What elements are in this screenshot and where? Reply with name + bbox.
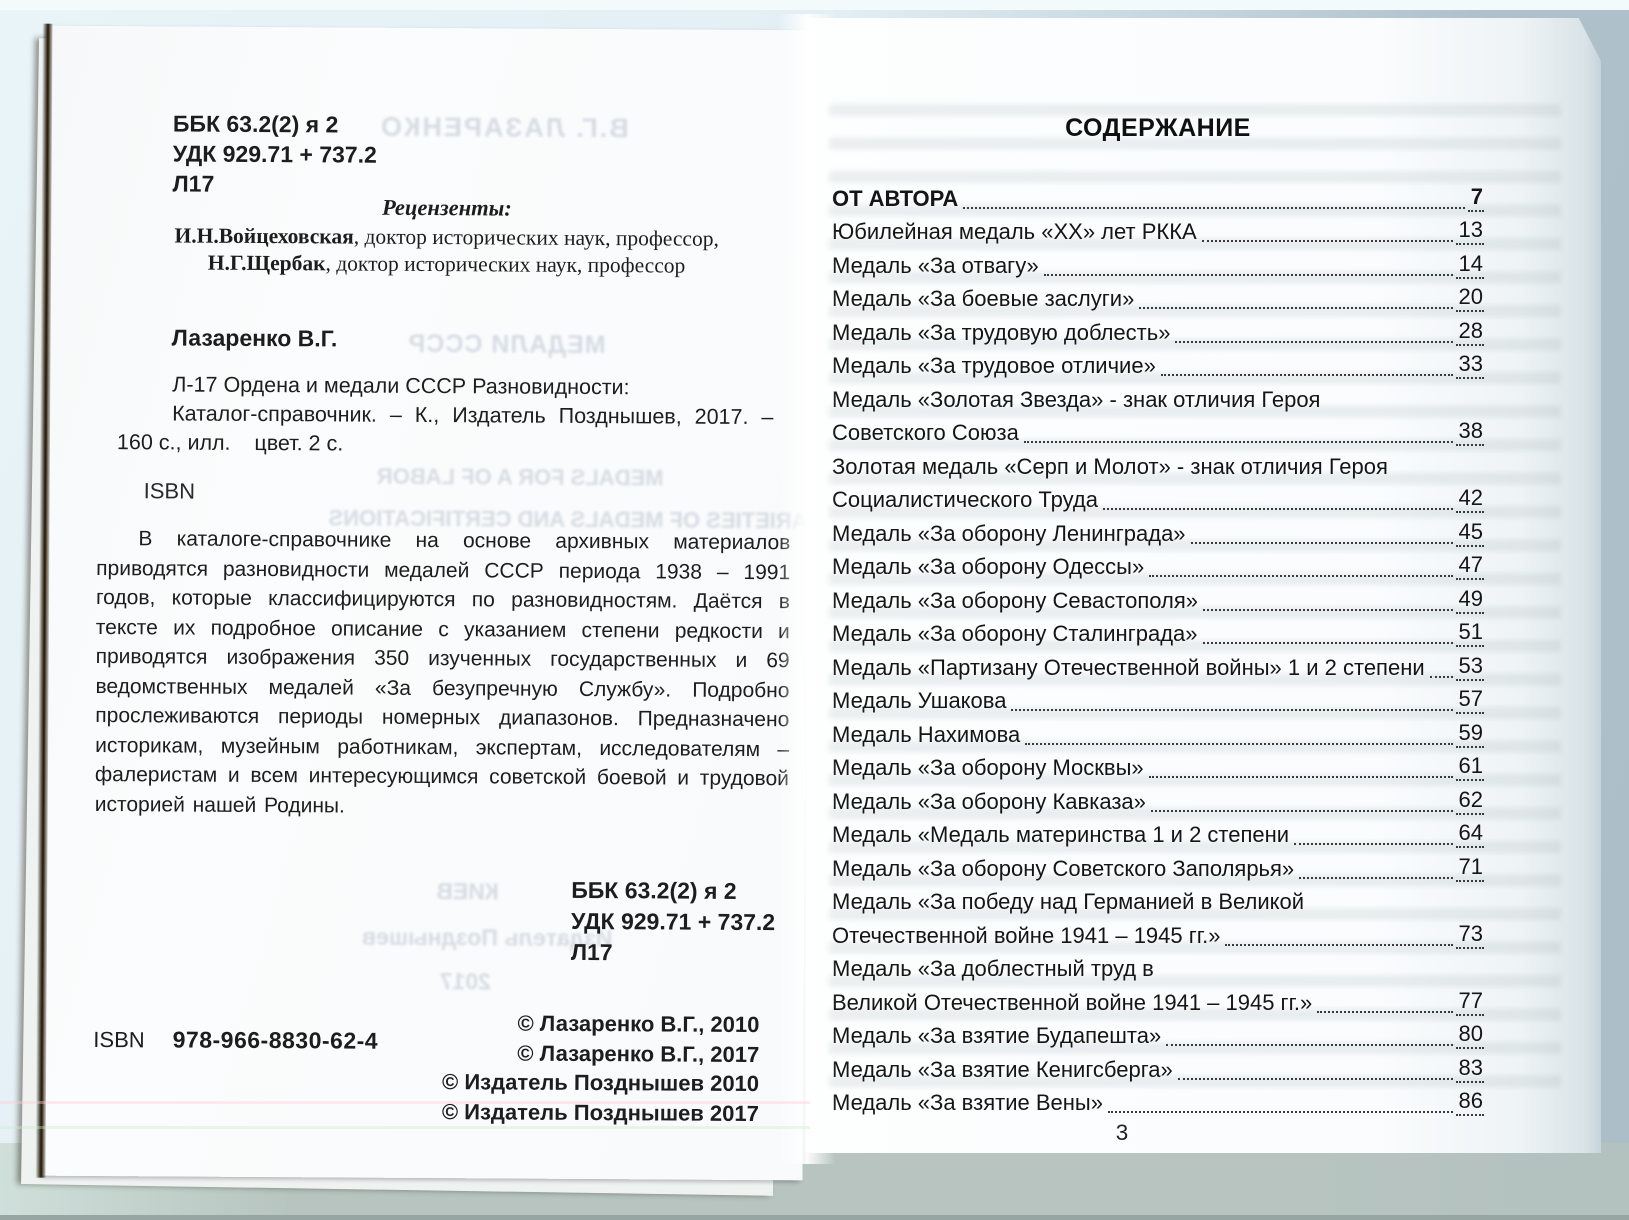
toc-entry-label: Медаль «За оборону Москвы» [832,755,1144,785]
toc-entry-label: Великой Отечественной войне 1941 – 1945 … [832,990,1312,1020]
toc-entry-line: Юбилейная медаль «ХХ» лет РККА13 [832,216,1484,250]
toc-entry-label: Советского Союза [832,420,1019,450]
toc-page-number: 47 [1456,554,1484,580]
toc-list: ОТ АВТОРА7Юбилейная медаль «ХХ» лет РККА… [832,182,1484,1120]
toc-dotted-leader [1151,810,1453,812]
toc-entry-label: Медаль «За отвагу» [832,253,1039,283]
toc-entry-line: Медаль «За оборону Советского Заполярья»… [832,852,1484,886]
toc-entry-label: Медаль Ушакова [832,688,1006,718]
toc-entry-line: Медаль «За взятие Кенигсберга»83 [832,1053,1484,1087]
toc-entry-label: Медаль «За взятие Вены» [832,1090,1103,1120]
show-through-text: MEDALS FOR A OF LABOR [377,464,664,492]
toc-dotted-leader [1149,776,1453,778]
toc-entry-label: Медаль «За оборону Советского Заполярья» [832,856,1294,886]
toc-dotted-leader [1202,240,1453,242]
toc-page-number: 20 [1456,286,1484,312]
toc-entry-line: Медаль «За трудовую доблесть»28 [832,316,1484,350]
toc-entry-line: Медаль «За оборону Севастополя»49 [832,584,1484,618]
toc-entry-line: Медаль «За оборону Кавказа»62 [832,785,1484,819]
toc-page-number: 13 [1456,219,1484,245]
scan-artifact-line [0,1126,810,1129]
toc-dotted-leader [1044,274,1453,276]
toc-page-number: 28 [1456,320,1484,346]
reviewer-title: , доктор исторических наук, профессор, [354,225,719,251]
show-through-text: В.Г. ЛАЗАРЕНКО [379,112,629,145]
toc-entry-label: Медаль «За доблестный труд в [832,956,1154,986]
toc-entry-line: Медаль «За победу над Германией в Велико… [832,886,1484,920]
toc-dotted-leader [1203,609,1453,611]
toc-entry-label: Медаль «За оборону Одессы» [832,554,1144,584]
toc-entry-label: Отечественной войне 1941 – 1945 гг.» [832,923,1220,953]
reviewer-line: Н.Г.Щербак, доктор исторических наук, пр… [145,249,748,280]
toc-entry-label: Медаль «Медаль материнства 1 и 2 степени [832,822,1289,852]
udk-code: УДК 929.71 + 737.2 [173,138,377,169]
reviewer-name: И.Н.Войцеховская [174,223,353,248]
biblio-line: Л-17 Ордена и медали СССР Разновидности: [144,370,791,403]
toc-entry-line: Медаль «За оборону Одессы»47 [832,551,1484,585]
toc-dotted-leader [1178,1078,1453,1080]
toc-page-number: 38 [1456,420,1484,446]
bbk-code: ББК 63.2(2) я 2 [173,108,377,139]
toc-entry-line: ОТ АВТОРА7 [832,182,1484,216]
toc-dotted-leader [1299,877,1452,879]
toc-entry-line: Медаль «За отвагу»14 [832,249,1484,283]
toc-page-number: 62 [1456,789,1484,815]
toc-entry-label: Медаль «За трудовую доблесть» [832,320,1170,350]
scanner-top-strip [0,0,1629,10]
toc-page-number: 80 [1456,1023,1484,1049]
toc-entry-line: Медаль «За оборону Москвы»61 [832,752,1484,786]
author-code: Л17 [571,937,775,969]
reviewers-block: Рецензенты: И.Н.Войцеховская, доктор ист… [145,192,749,280]
toc-dotted-leader [1108,1111,1453,1113]
reviewers-heading: Рецензенты: [145,192,748,223]
author-name: Лазаренко В.Г. [172,324,338,352]
toc-entry-line: Медаль «За взятие Будапешта»80 [832,1020,1484,1054]
toc-page-number: 57 [1456,688,1484,714]
bibliographic-description: Л-17 Ордена и медали СССР Разновидности:… [144,370,792,461]
left-page-imprint: В.Г. ЛАЗАРЕНКО МЕДАЛИ СССР MEDALS FOR A … [42,26,809,1181]
udk-code: УДК 929.71 + 737.2 [571,906,775,938]
toc-page-number: 7 [1468,186,1484,212]
toc-dotted-leader [1011,709,1452,711]
copyright-block: © Лазаренко В.Г., 2010 © Лазаренко В.Г.,… [442,1008,760,1128]
toc-entry-line: Медаль «Медаль материнства 1 и 2 степени… [832,819,1484,853]
toc-entry-label: Медаль «Партизану Отечественной войны» 1… [832,655,1425,685]
toc-entry-line: Социалистического Труда42 [832,484,1484,518]
reviewer-name: Н.Г.Щербак [208,251,326,276]
isbn-number: 978-966-8830-62-4 [173,1026,379,1053]
toc-dotted-leader [1191,542,1453,544]
toc-entry-label: Медаль Нахимова [832,722,1020,752]
toc-page-number: 14 [1456,253,1484,279]
toc-dotted-leader [1166,1044,1452,1046]
toc-entry-line: Советского Союза38 [832,417,1484,451]
toc-entry-label: Медаль «За победу над Германией в Велико… [832,889,1304,919]
toc-page-number: 73 [1456,923,1484,949]
right-page-contents: СОДЕРЖАНИЕ ОТ АВТОРА7Юбилейная медаль «Х… [806,18,1601,1153]
isbn-label: ISBN [93,1027,145,1052]
biblio-line: 160 с., илл. цвет. 2 с. [117,428,791,461]
biblio-line: Каталог-справочник. – К., Издатель Поздн… [144,399,791,432]
book-scan: В.Г. ЛАЗАРЕНКО МЕДАЛИ СССР MEDALS FOR A … [0,0,1629,1220]
copyright-line: © Лазаренко В.Г., 2010 [442,1008,759,1039]
toc-entry-line: Великой Отечественной войне 1941 – 1945 … [832,986,1484,1020]
toc-entry-label: Медаль «Золотая Звезда» - знак отличия Г… [832,387,1320,417]
toc-entry-line: Медаль «За доблестный труд в [832,953,1484,987]
toc-page-number: 33 [1456,353,1484,379]
contents-title: СОДЕРЖАНИЕ [832,114,1484,143]
toc-entry-label: Медаль «За боевые заслуги» [832,286,1134,316]
annotation-paragraph: В каталоге-справочнике на основе архивны… [95,524,791,823]
toc-dotted-leader [1149,575,1452,577]
toc-dotted-leader [1024,441,1453,443]
scan-artifact-line [0,1101,810,1104]
toc-entry-line: Медаль Нахимова59 [832,718,1484,752]
toc-entry-line: Медаль «За оборону Ленинграда»45 [832,517,1484,551]
toc-dotted-leader [1175,341,1452,343]
page-number: 3 [832,1120,1412,1146]
toc-dotted-leader [1225,944,1452,946]
toc-page-number: 83 [1456,1057,1484,1083]
toc-entry-label: ОТ АВТОРА [832,186,958,216]
toc-page-number: 42 [1456,487,1484,513]
toc-entry-label: Медаль «За трудовое отличие» [832,353,1156,383]
toc-entry-label: Медаль «За оборону Ленинграда» [832,521,1186,551]
toc-dotted-leader [1430,676,1453,678]
copyright-line: © Издатель Позднышев 2010 [442,1067,759,1098]
bbk-udk-block-bottom: ББК 63.2(2) я 2 УДК 929.71 + 737.2 Л17 [571,875,776,969]
toc-dotted-leader [1139,307,1452,309]
toc-entry-line: Медаль «Золотая Звезда» - знак отличия Г… [832,383,1484,417]
toc-page-number: 86 [1456,1090,1484,1116]
toc-entry-line: Медаль «Партизану Отечественной войны» 1… [832,651,1484,685]
isbn-label-top: ISBN [144,478,196,504]
toc-page-number: 59 [1456,722,1484,748]
toc-entry-line: Медаль «За оборону Сталинграда»51 [832,618,1484,652]
toc-entry-label: Медаль «За взятие Будапешта» [832,1023,1161,1053]
toc-dotted-leader [1161,374,1453,376]
toc-entry-label: Юбилейная медаль «ХХ» лет РККА [832,219,1197,249]
toc-entry-line: Медаль «За боевые заслуги»20 [832,283,1484,317]
toc-entry-label: Медаль «За оборону Кавказа» [832,789,1146,819]
toc-page-number: 45 [1456,521,1484,547]
toc-page-number: 61 [1456,755,1484,781]
toc-entry-label: Медаль «За взятие Кенигсберга» [832,1057,1173,1087]
toc-page-number: 53 [1456,655,1484,681]
book-spine-highlight [778,14,836,1164]
toc-page-number: 71 [1456,856,1484,882]
toc-entry-line: Отечественной войне 1941 – 1945 гг.»73 [832,919,1484,953]
toc-page-number: 64 [1456,822,1484,848]
toc-page-number: 77 [1456,990,1484,1016]
copyright-line: © Лазаренко В.Г., 2017 [442,1038,759,1069]
toc-entry-label: Медаль «За оборону Севастополя» [832,588,1198,618]
isbn-line: ISBN978-966-8830-62-4 [93,1026,378,1055]
toc-entry-label: Медаль «За оборону Сталинграда» [832,621,1198,651]
toc-entry-line: Медаль «За трудовое отличие»33 [832,350,1484,384]
bbk-udk-block-top: ББК 63.2(2) я 2 УДК 929.71 + 737.2 Л17 [172,108,377,199]
bbk-code: ББК 63.2(2) я 2 [571,875,775,907]
toc-entry-label: Золотая медаль «Серп и Молот» - знак отл… [832,454,1388,484]
toc-dotted-leader [1103,508,1453,510]
show-through-text: КИЕВ [436,878,499,905]
toc-dotted-leader [1025,743,1452,745]
toc-entry-line: Золотая медаль «Серп и Молот» - знак отл… [832,450,1484,484]
toc-page-number: 49 [1456,588,1484,614]
reviewer-line: И.Н.Войцеховская, доктор исторических на… [145,222,748,253]
show-through-text: МЕДАЛИ СССР [407,330,605,360]
toc-dotted-leader [1294,843,1452,845]
toc-dotted-leader [1317,1011,1452,1013]
toc-page-number: 51 [1456,621,1484,647]
toc-dotted-leader [1203,642,1453,644]
toc-entry-line: Медаль Ушакова57 [832,685,1484,719]
toc-dotted-leader [963,207,1465,209]
toc-entry-label: Социалистического Труда [832,487,1098,517]
toc-entry-line: Медаль «За взятие Вены»86 [832,1087,1484,1121]
show-through-text: 2017 [440,968,491,995]
reviewer-title: , доктор исторических наук, профессор [325,251,685,277]
